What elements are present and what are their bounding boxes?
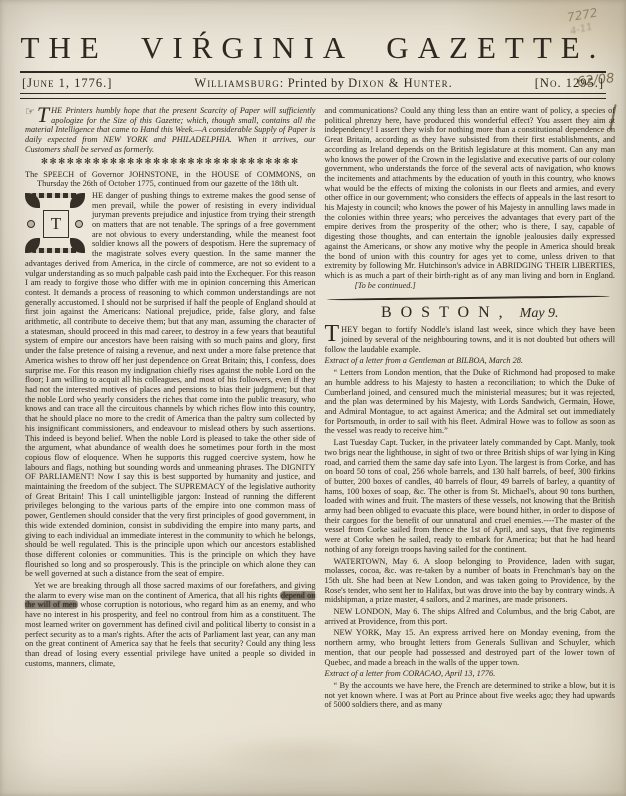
boston-drop-cap: T xyxy=(325,325,340,344)
dateline-imprint: Williamsburg: Printed by Dixon & Hunter. xyxy=(194,76,452,91)
imprint-printer: Dixon & Hunter. xyxy=(348,76,453,90)
notice-text: HE Printers humbly hope that the present… xyxy=(25,106,316,154)
newlondon-paragraph: NEW LONDON, May 6. The ships Alfred and … xyxy=(325,607,616,626)
newyork-paragraph: NEW YORK, May 15. An express arrived her… xyxy=(325,628,616,667)
speech-continuation: and communications? Could any thing less… xyxy=(325,106,616,290)
paragraph-text: whose corruption is notorious, who regar… xyxy=(25,600,316,667)
speech-paragraph-2: Yet we are breaking through all those sa… xyxy=(25,581,316,668)
speech-body: T HE danger of pushing things to extreme… xyxy=(25,191,316,579)
boston-header: BOSTON, May 9. xyxy=(325,304,616,322)
paragraph-text: HEY began to fortify Noddle's island las… xyxy=(325,325,616,353)
page-columns: ☞ T HE Printers humbly hope that the pre… xyxy=(25,106,615,712)
newspaper-page: 7272 4-11 62/08 THE VIŔGINIA GAZETTE. [J… xyxy=(0,0,626,796)
to-be-continued: [To be continued.] xyxy=(355,281,416,290)
bilboa-paragraph: “ Letters from London mention, that the … xyxy=(325,368,616,436)
paragraph-text: and communications? Could any thing less… xyxy=(325,106,616,280)
printers-notice: ☞ T HE Printers humbly hope that the pre… xyxy=(25,106,316,155)
woodcut-ornament xyxy=(75,220,83,228)
tucker-paragraph: Last Tuesday Capt. Tucker, in the privat… xyxy=(325,438,616,554)
coracao-extract-heading: Extract of a letter from CORACAO, April … xyxy=(325,669,616,679)
masthead: THE VIŔGINIA GAZETTE. [June 1, 1776.] Wi… xyxy=(20,0,606,99)
boston-paragraph: T HEY began to fortify Noddle's island l… xyxy=(325,325,616,354)
masthead-title: THE VIŔGINIA GAZETTE. xyxy=(20,30,606,66)
dateline-issue-number: [No. 1295.] xyxy=(535,76,604,91)
woodcut-ornament xyxy=(27,220,35,228)
woodcut-drop-cap: T xyxy=(43,210,69,238)
star-ornament-row: ✻✻✻✻✻✻✻✻✻✻✻✻✻✻✻✻✻✻✻✻✻✻✻✻✻✻✻✻✻✻ xyxy=(25,157,316,167)
boston-city: BOSTON, xyxy=(381,304,512,321)
left-column: ☞ T HE Printers humbly hope that the pre… xyxy=(25,106,316,712)
section-swash-rule xyxy=(326,296,609,301)
speech-intro: The SPEECH of Governor JOHNSTONE, in the… xyxy=(25,170,316,189)
masthead-rule-bottom xyxy=(20,93,606,99)
bilboa-extract-heading: Extract of a letter from a Gentleman at … xyxy=(325,356,616,366)
dateline: [June 1, 1776.] Williamsburg: Printed by… xyxy=(20,73,606,93)
notice-drop-initial: T xyxy=(37,106,49,124)
paper-stain xyxy=(210,735,390,775)
woodcut-initial-block: T xyxy=(25,193,85,253)
imprint-printed-by: Printed by xyxy=(288,76,345,90)
manicule-icon: ☞ xyxy=(25,107,35,117)
paragraph-text: Yet we are breaking through all those sa… xyxy=(25,581,316,600)
coracao-paragraph: “ By the accounts we have here, the Fren… xyxy=(325,681,616,710)
dateline-date: [June 1, 1776.] xyxy=(22,76,112,91)
right-column: and communications? Could any thing less… xyxy=(325,106,616,712)
boston-date: May 9. xyxy=(520,306,559,321)
watertown-paragraph: WATERTOWN, May 6. A sloop belonging to P… xyxy=(325,557,616,606)
imprint-place: Williamsburg: xyxy=(194,76,284,90)
